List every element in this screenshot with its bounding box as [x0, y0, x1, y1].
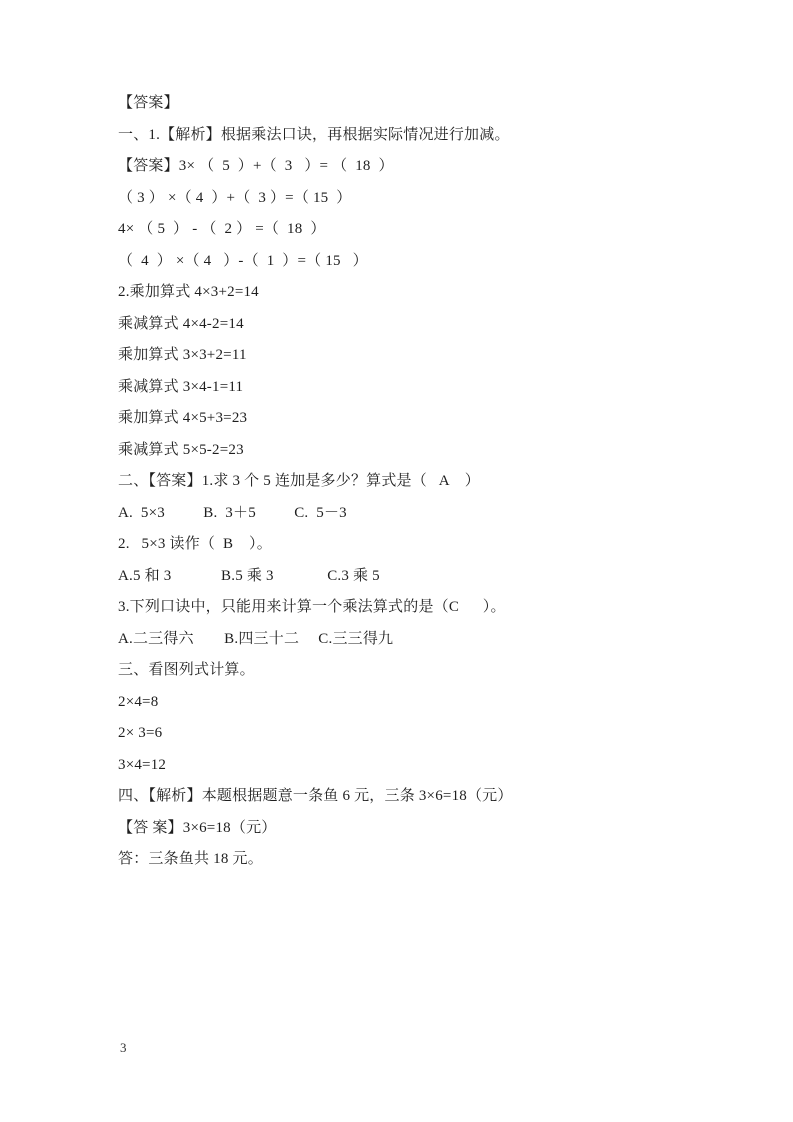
section3-equation-1: 2×4=8	[118, 687, 758, 719]
section3-equation-2: 2× 3=6	[118, 718, 758, 750]
section1-q2-line-1: 2.乘加算式 4×3+2=14	[118, 277, 758, 309]
section1-fill-line-3: 4× （ 5 ） - （ 2 ） =（ 18 ）	[118, 214, 758, 246]
section2-question-2: 2. 5×3 读作（ B ）。	[118, 529, 758, 561]
section4-analysis: 四、【解析】本题根据题意一条鱼 6 元，三条 3×6=18（元）	[118, 781, 758, 813]
section3-equation-3: 3×4=12	[118, 750, 758, 782]
section1-answer-line-1: 【答案】3× （ 5 ）+（ 3 ）= （ 18 ）	[118, 151, 758, 183]
section1-q2-line-6: 乘减算式 5×5-2=23	[118, 435, 758, 467]
section1-q2-line-4: 乘减算式 3×4-1=11	[118, 372, 758, 404]
section2-question-3-options: A.二三得六 B.四三十二 C.三三得九	[118, 624, 758, 656]
section1-fill-line-2: （ 3 ） ×（ 4 ）+（ 3 ）=（ 15 ）	[118, 183, 758, 215]
section1-q2-line-5: 乘加算式 4×5+3=23	[118, 403, 758, 435]
section1-analysis: 一、1.【解析】根据乘法口诀，再根据实际情况进行加减。	[118, 120, 758, 152]
section2-question-1: 二、【答案】1.求 3 个 5 连加是多少？算式是（ A ）	[118, 466, 758, 498]
page-number: 3	[120, 1038, 127, 1058]
section2-question-1-options: A. 5×3 B. 3＋5 C. 5－3	[118, 498, 758, 530]
section4-reply: 答：三条鱼共 18 元。	[118, 844, 758, 876]
answer-key-body: 【答案】 一、1.【解析】根据乘法口诀，再根据实际情况进行加减。 【答案】3× …	[118, 88, 758, 876]
section4-answer: 【答 案】3×6=18（元）	[118, 813, 758, 845]
section1-q2-line-3: 乘加算式 3×3+2=11	[118, 340, 758, 372]
answer-key-title: 【答案】	[118, 88, 758, 120]
section2-question-3: 3.下列口诀中，只能用来计算一个乘法算式的是（C ）。	[118, 592, 758, 624]
section2-question-2-options: A.5 和 3 B.5 乘 3 C.3 乘 5	[118, 561, 758, 593]
section1-fill-line-4: （ 4 ） ×（ 4 ）-（ 1 ）=（ 15 ）	[118, 246, 758, 278]
section1-q2-line-2: 乘减算式 4×4-2=14	[118, 309, 758, 341]
document-page: 【答案】 一、1.【解析】根据乘法口诀，再根据实际情况进行加减。 【答案】3× …	[0, 0, 793, 1122]
section3-heading: 三、看图列式计算。	[118, 655, 758, 687]
